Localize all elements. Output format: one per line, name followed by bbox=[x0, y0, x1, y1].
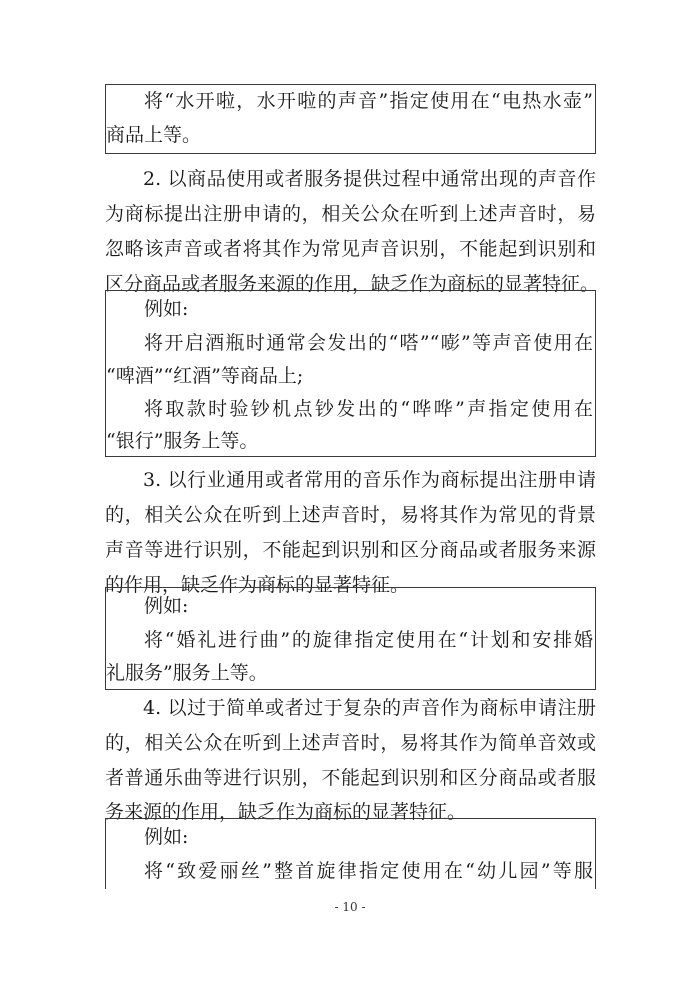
example-box-2: 例如: 将开启酒瓶时通常会发出的“嗒”“嘭”等声音使用在 “啤酒”“红酒”等商品… bbox=[105, 290, 596, 457]
box-line: “银行”服务上等。 bbox=[106, 423, 593, 459]
example-box-4: 例如: 将“致爱丽丝”整首旋律指定使用在“幼儿园”等服 bbox=[105, 818, 596, 889]
box-line: 将“婚礼进行曲”的旋律指定使用在“计划和安排婚 bbox=[106, 622, 593, 658]
box-line: 礼服务”服务上等。 bbox=[106, 655, 593, 691]
example-label: 例如: bbox=[106, 588, 593, 624]
box-line: 将“致爱丽丝”整首旋律指定使用在“幼儿园”等服 bbox=[106, 853, 593, 889]
paragraph-line: 者普通乐曲等进行识别，不能起到识别和区分商品或者服 bbox=[105, 760, 596, 796]
paragraph-line: 2. 以商品使用或者服务提供过程中通常出现的声音作 bbox=[105, 161, 596, 197]
paragraph-line: 3. 以行业通用或者常用的音乐作为商标提出注册申请 bbox=[105, 462, 596, 498]
example-label: 例如: bbox=[106, 819, 593, 855]
paragraph-line: 声音等进行识别，不能起到识别和区分商品或者服务来源 bbox=[105, 532, 596, 568]
box-line: 将开启酒瓶时通常会发出的“嗒”“嘭”等声音使用在 bbox=[106, 325, 593, 361]
example-label: 例如: bbox=[106, 291, 593, 327]
box-line: 将“水开啦，水开啦的声音”指定使用在“电热水壶” bbox=[106, 83, 593, 119]
example-box-1: 将“水开啦，水开啦的声音”指定使用在“电热水壶” 商品上等。 bbox=[105, 84, 596, 154]
paragraph-line: 4. 以过于简单或者过于复杂的声音作为商标申请注册 bbox=[105, 690, 596, 726]
paragraph-line: 的，相关公众在听到上述声音时，易将其作为简单音效或 bbox=[105, 725, 596, 761]
box-line: “啤酒”“红酒”等商品上; bbox=[106, 358, 593, 394]
paragraph-line: 的，相关公众在听到上述声音时，易将其作为常见的背景 bbox=[105, 497, 596, 533]
paragraph-line: 为商标提出注册申请的，相关公众在听到上述声音时，易 bbox=[105, 196, 596, 232]
box-line: 商品上等。 bbox=[106, 117, 593, 153]
example-box-3: 例如: 将“婚礼进行曲”的旋律指定使用在“计划和安排婚 礼服务”服务上等。 bbox=[105, 587, 596, 690]
page-number: - 10 - bbox=[0, 900, 700, 914]
paragraph-line: 忽略该声音或者将其作为常见声音识别，不能起到识别和 bbox=[105, 231, 596, 267]
box-line: 将取款时验钞机点钞发出的“哗哗”声指定使用在 bbox=[106, 391, 593, 427]
